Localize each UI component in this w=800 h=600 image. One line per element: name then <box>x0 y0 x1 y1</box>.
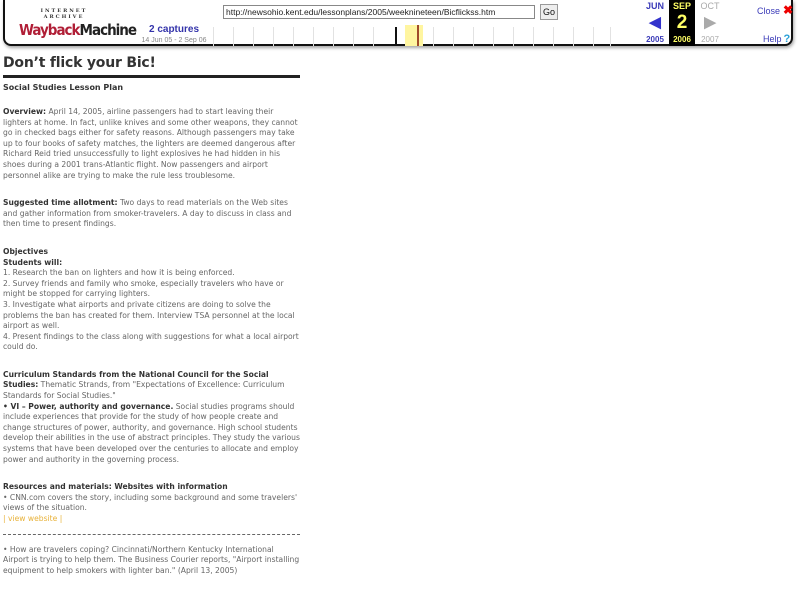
current-day-label: 2 <box>669 12 695 34</box>
objective-item: 2. Survey friends and family who smoke, … <box>3 279 284 299</box>
resources-section: Resources and materials: Websites with i… <box>3 482 300 524</box>
standards-bullet-label: • VI – Power, authority and governance. <box>3 402 173 411</box>
timeline-tick <box>453 27 454 46</box>
timeline-tick <box>533 27 534 46</box>
resources-heading: Resources and materials: Websites with i… <box>3 482 228 491</box>
resource-item-courier: • How are travelers coping? Cincinnati/N… <box>3 545 300 577</box>
help-icon[interactable]: ? <box>784 33 791 45</box>
prev-month-label[interactable]: JUN <box>642 1 668 11</box>
help-label[interactable]: Help <box>763 34 782 44</box>
objective-item: 4. Present findings to the class along w… <box>3 332 299 352</box>
timeline-tick <box>593 27 594 46</box>
timeline-tick <box>213 27 214 46</box>
resource-item-cnn: • CNN.com covers the story, including so… <box>3 493 297 513</box>
calendar-next: OCT ▶ 2007 <box>697 0 723 46</box>
next-year-label: 2007 <box>697 35 723 44</box>
capture-timeline[interactable] <box>211 25 611 46</box>
page-title: Don’t flick your Bic! <box>3 54 300 72</box>
next-arrow-icon: ▶ <box>697 12 723 34</box>
close-label[interactable]: Close <box>757 6 780 16</box>
help-button[interactable]: Help? <box>763 33 790 45</box>
timeline-tick <box>293 27 294 46</box>
timeline-tick <box>233 27 234 46</box>
wayback-toolbar: INTERNET ARCHIVE WaybackMachine 2 captur… <box>3 0 793 46</box>
objectives-heading: Objectives <box>3 247 48 256</box>
page-subtitle: Social Studies Lesson Plan <box>3 82 300 94</box>
wayback-logo[interactable]: INTERNET ARCHIVE WaybackMachine <box>19 6 109 38</box>
go-button[interactable]: Go <box>540 4 558 20</box>
timeline-tick <box>433 27 434 46</box>
standards-section: Curriculum Standards from the National C… <box>3 370 300 465</box>
timeline-tick <box>333 27 334 46</box>
timeline-tick <box>513 27 514 46</box>
time-allotment-section: Suggested time allotment: Two days to re… <box>3 198 300 230</box>
timeline-tick <box>273 27 274 46</box>
captures-count-link[interactable]: 2 captures <box>137 24 211 36</box>
timeline-tick <box>373 27 374 46</box>
calendar-current: SEP 2 2006 <box>669 0 695 46</box>
timeline-current-capture-marker[interactable] <box>417 25 419 46</box>
title-divider <box>3 75 300 78</box>
timeline-tick <box>353 27 354 46</box>
timeline-tick <box>473 27 474 46</box>
timeline-tick <box>493 27 494 46</box>
prev-year-label[interactable]: 2005 <box>642 35 668 44</box>
resource-divider <box>3 534 300 535</box>
lesson-plan-content: Don’t flick your Bic! Social Studies Les… <box>3 54 300 576</box>
next-month-label: OCT <box>697 1 723 11</box>
timeline-tick <box>610 27 611 46</box>
objective-item: 3. Investigate what airports and private… <box>3 300 295 330</box>
overview-label: Overview: <box>3 107 46 116</box>
current-year-label: 2006 <box>669 35 695 44</box>
overview-text: April 14, 2005, airline passengers had t… <box>3 107 298 180</box>
timeline-tick <box>313 27 314 46</box>
current-month-label: SEP <box>669 1 695 11</box>
timeline-tick <box>573 27 574 46</box>
objectives-section: Objectives Students will: 1. Research th… <box>3 247 300 353</box>
timeline-tick <box>553 27 554 46</box>
captures-summary: 2 captures 14 Jun 05 - 2 Sep 06 <box>137 24 211 46</box>
timeline-capture-marker[interactable] <box>395 27 397 46</box>
calendar-previous[interactable]: JUN ◀ 2005 <box>642 0 668 46</box>
overview-section: Overview: April 14, 2005, airline passen… <box>3 107 300 181</box>
logo-internet-archive: INTERNET ARCHIVE <box>19 8 109 20</box>
captures-date-range: 14 Jun 05 - 2 Sep 06 <box>137 36 211 46</box>
url-input[interactable]: http://newsohio.kent.edu/lessonplans/200… <box>223 5 535 19</box>
timeline-current-period <box>405 25 423 46</box>
standards-text: Thematic Strands, from "Expectations of … <box>3 380 285 400</box>
prev-arrow-icon[interactable]: ◀ <box>642 12 668 34</box>
time-allotment-label: Suggested time allotment: <box>3 198 118 207</box>
view-website-link[interactable]: | view website | <box>3 514 62 523</box>
close-button[interactable]: Close✖ <box>757 3 793 17</box>
timeline-tick <box>253 27 254 46</box>
close-icon[interactable]: ✖ <box>783 3 793 17</box>
objective-item: 1. Research the ban on lighters and how … <box>3 268 235 277</box>
objectives-subheading: Students will: <box>3 258 62 267</box>
logo-wayback-machine: WaybackMachine <box>19 22 109 38</box>
